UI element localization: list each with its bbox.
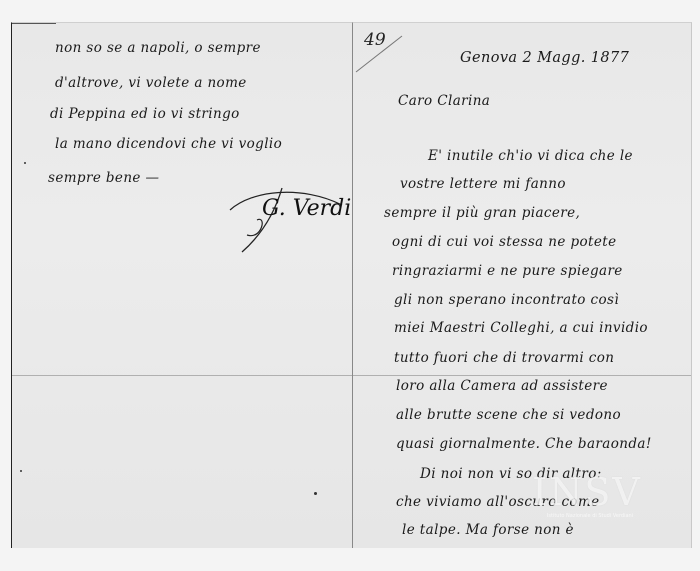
signature: G. Verdi (262, 196, 351, 221)
right-line-14: le talpe. Ma forse non è (402, 522, 574, 538)
right-line-3: sempre il più gran piacere, (384, 205, 580, 221)
corner-mark (12, 23, 56, 24)
right-line-9: loro alla Camera ad assistere (396, 378, 608, 394)
scan-speck (24, 162, 26, 164)
dateline: Genova 2 Magg. 1877 (460, 50, 629, 66)
watermark-subtext: Istituto Nazionale di Studi Verdiani (515, 513, 665, 519)
fold-line (353, 375, 691, 376)
fold-line (12, 375, 352, 376)
right-line-5: ringraziarmi e ne pure spiegare (392, 263, 623, 279)
salutation: Caro Clarina (398, 93, 490, 109)
right-line-7: miei Maestri Colleghi, a cui invidio (394, 320, 648, 336)
scan-speck (314, 492, 317, 495)
right-line-6: gli non sperano incontrato così (394, 292, 619, 308)
left-line-5: sempre bene — (48, 170, 159, 186)
left-page (11, 22, 352, 548)
left-line-2: d'altrove, vi volete a nome (55, 75, 247, 91)
scan-background: non so se a napoli, o sempre d'altrove, … (0, 0, 700, 571)
right-line-1: E' inutile ch'io vi dica che le (428, 148, 633, 164)
right-line-4: ogni di cui voi stessa ne potete (392, 234, 616, 250)
left-line-4: la mano dicendovi che vi voglio (55, 136, 282, 152)
right-line-11: quasi giornalmente. Che baraonda! (396, 436, 652, 452)
folio-slash-icon (354, 34, 404, 74)
right-line-2: vostre lettere mi fanno (400, 176, 566, 192)
right-line-8: tutto fuori che di trovarmi con (394, 350, 614, 366)
left-line-3: di Peppina ed io vi stringo (50, 106, 240, 122)
left-line-1: non so se a napoli, o sempre (55, 40, 261, 56)
watermark-logo: INSV (512, 470, 662, 514)
scan-speck (20, 470, 22, 472)
right-line-10: alle brutte scene che si vedono (396, 407, 621, 423)
